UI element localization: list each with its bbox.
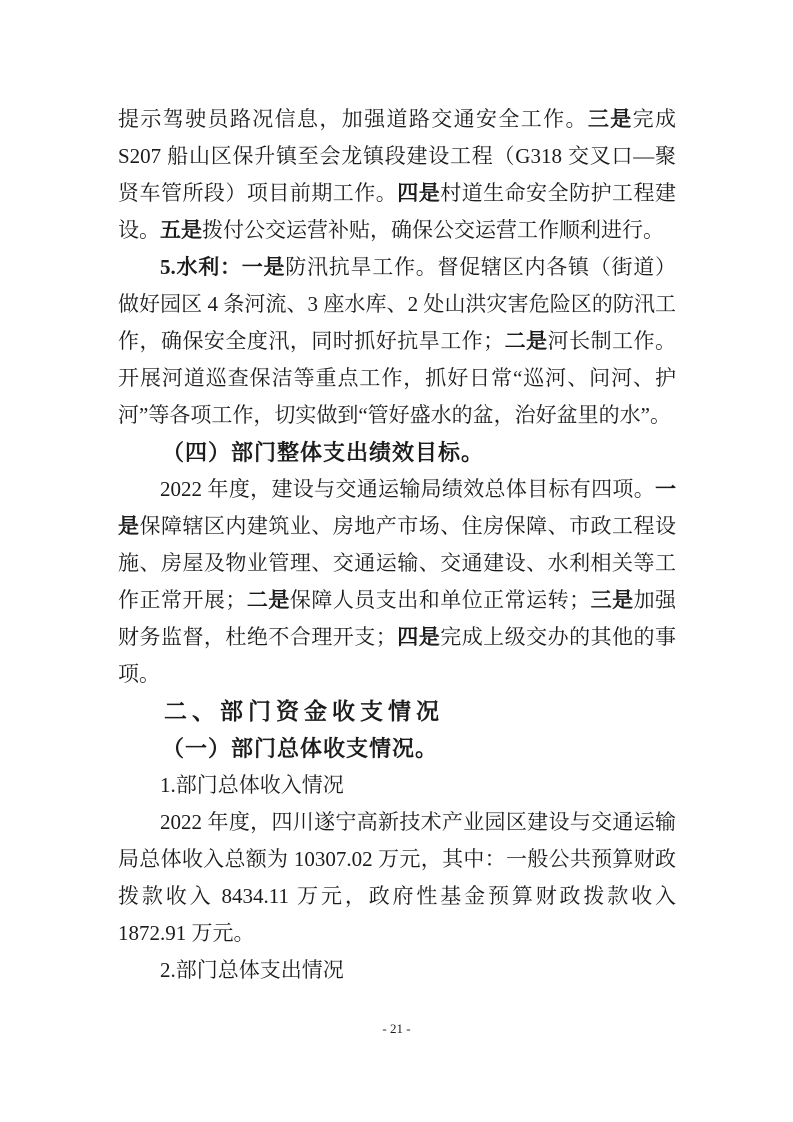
text-run: 1.部门总体收入情况	[160, 773, 344, 797]
page-number: - 21 -	[0, 1021, 793, 1037]
emphasis-text: （一）部门总体收支情况。	[162, 736, 438, 761]
body-paragraph: 1.部门总体收入情况	[118, 767, 676, 804]
emphasis-text: 四是	[397, 181, 440, 205]
emphasis-text: 三是	[590, 588, 633, 612]
emphasis-text: 5.水利：一是	[160, 255, 285, 279]
document-body: 提示驾驶员路况信息，加强道路交通安全工作。三是完成 S207 船山区保升镇至会龙…	[118, 101, 676, 989]
emphasis-text: 五是	[160, 218, 202, 242]
section-heading: 二、部门资金收支情况	[118, 693, 676, 730]
document-page: 提示驾驶员路况信息，加强道路交通安全工作。三是完成 S207 船山区保升镇至会龙…	[0, 0, 793, 1122]
body-paragraph: 2022 年度，四川遂宁高新技术产业园区建设与交通运输局总体收入总额为 1030…	[118, 804, 676, 952]
body-paragraph: 提示驾驶员路况信息，加强道路交通安全工作。三是完成 S207 船山区保升镇至会龙…	[118, 101, 676, 249]
text-run: 保障人员支出和单位正常运转；	[290, 588, 590, 612]
text-run: 提示驾驶员路况信息，加强道路交通安全工作。	[118, 107, 588, 131]
text-run: 2022 年度，建设与交通运输局绩效总体目标有四项。	[160, 477, 655, 501]
subsection-heading: （一）部门总体收支情况。	[118, 730, 676, 767]
body-paragraph: 2022 年度，建设与交通运输局绩效总体目标有四项。一是保障辖区内建筑业、房地产…	[118, 471, 676, 693]
body-paragraph: 2.部门总体支出情况	[118, 952, 676, 989]
subsection-heading: （四）部门整体支出绩效目标。	[118, 434, 676, 471]
emphasis-text: 四是	[397, 625, 440, 649]
text-run: 2022 年度，四川遂宁高新技术产业园区建设与交通运输局总体收入总额为 1030…	[118, 810, 676, 945]
emphasis-text: （四）部门整体支出绩效目标。	[162, 440, 484, 465]
emphasis-text: 二是	[246, 588, 289, 612]
text-run: 拨付公交运营补贴，确保公交运营工作顺利进行。	[202, 218, 664, 242]
text-run: 二、部门资金收支情况	[164, 698, 444, 724]
body-paragraph: 5.水利：一是防汛抗旱工作。督促辖区内各镇（街道）做好园区 4 条河流、3 座水…	[118, 249, 676, 434]
emphasis-text: 三是	[588, 107, 633, 131]
text-run: 2.部门总体支出情况	[160, 958, 344, 982]
emphasis-text: 二是	[504, 329, 547, 353]
